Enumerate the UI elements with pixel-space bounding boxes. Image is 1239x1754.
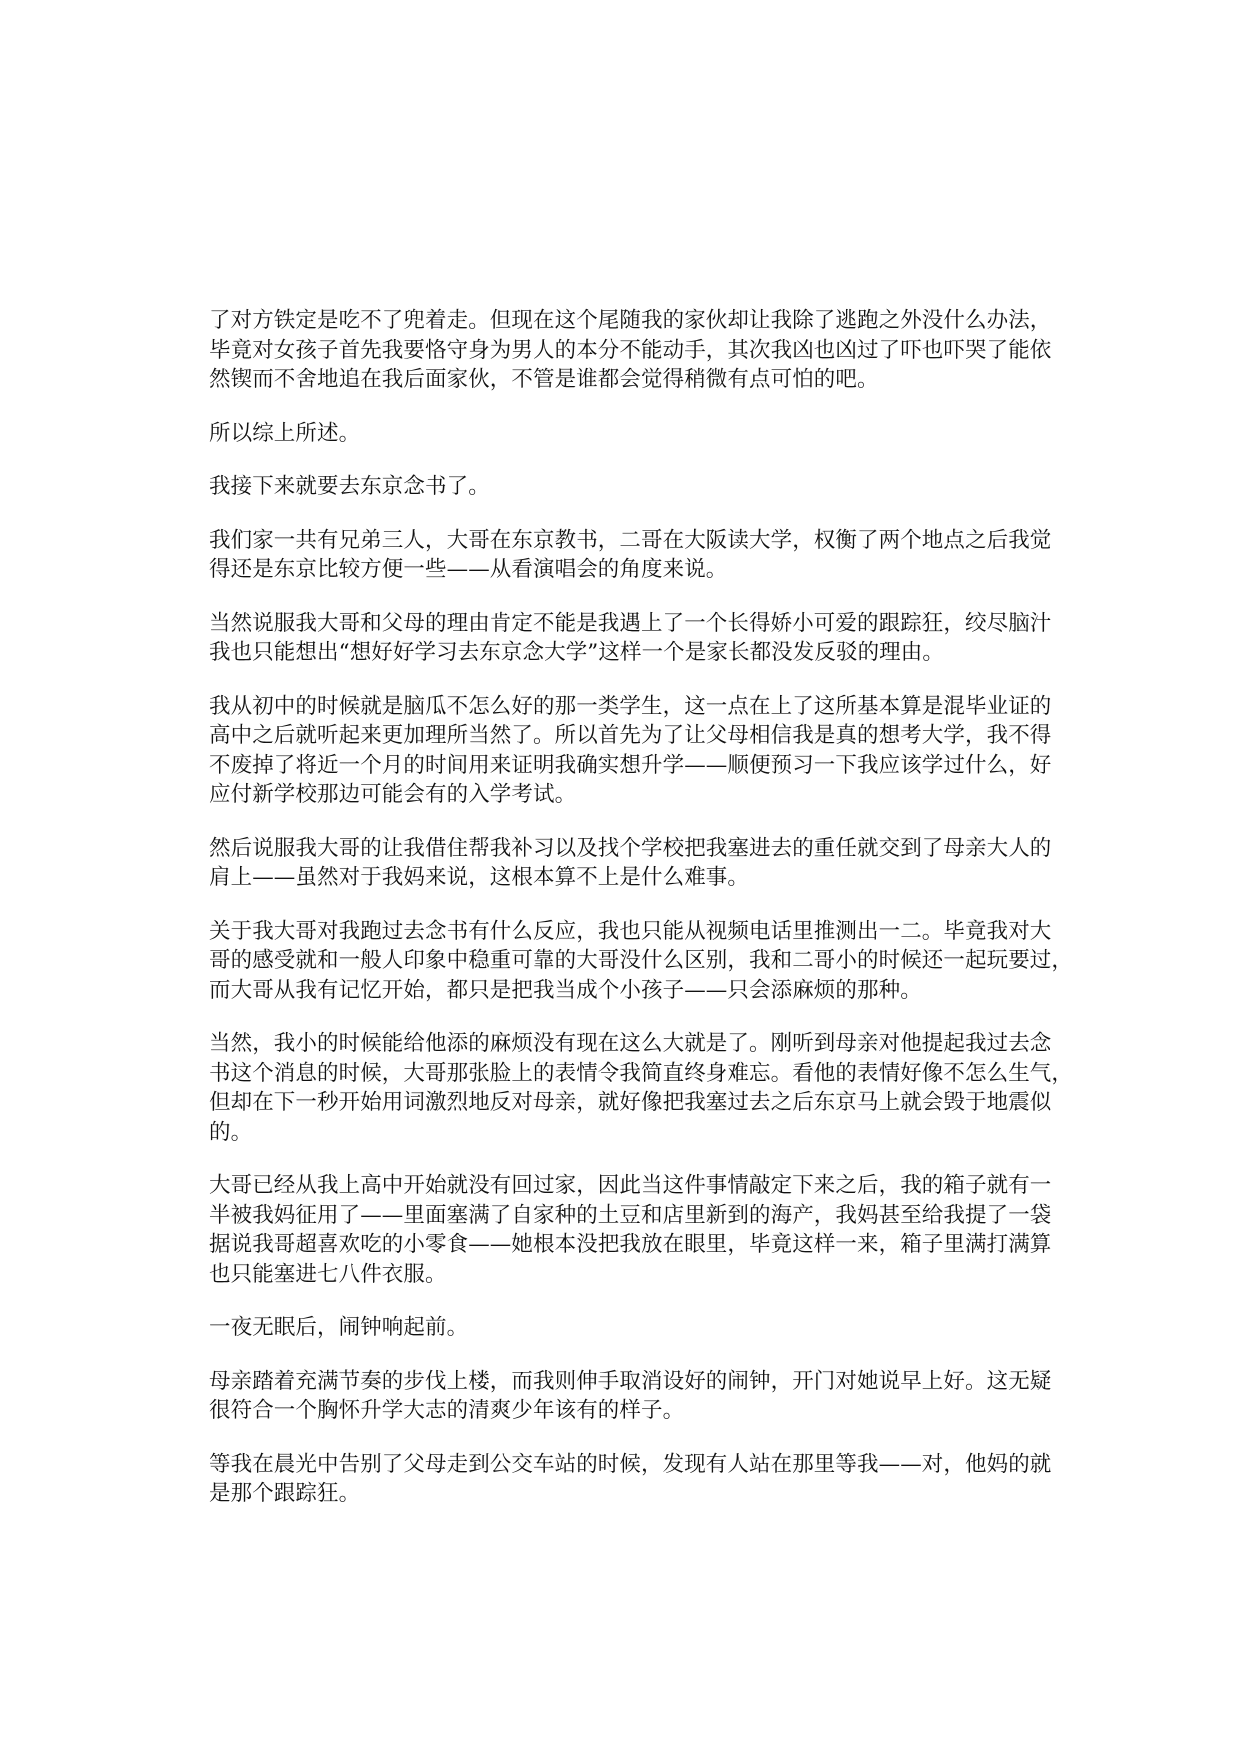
paragraph-6: 我从初中的时候就是脑瓜不怎么好的那一类学生，这一点在上了这所基本算是混毕业证的 … [209,692,1029,810]
paragraph-2: 所以综上所述。 [209,419,1029,449]
paragraph-7: 然后说服我大哥的让我借住帮我补习以及找个学校把我塞进去的重任就交到了母亲大人的 … [209,834,1029,893]
paragraph-4: 我们家一共有兄弟三人，大哥在东京教书，二哥在大阪读大学，权衡了两个地点之后我觉 … [209,526,1029,585]
text-line: 书这个消息的时候，大哥那张脸上的表情令我简直终身难忘。看他的表情好像不怎么生气， [209,1059,1029,1089]
text-line: 不废掉了将近一个月的时间用来证明我确实想升学——顺便预习一下我应该学过什么，好 [209,751,1029,781]
text-line: 毕竟对女孩子首先我要恪守身为男人的本分不能动手，其次我凶也凶过了吓也吓哭了能依 [209,336,1029,366]
text-line: 我从初中的时候就是脑瓜不怎么好的那一类学生，这一点在上了这所基本算是混毕业证的 [209,692,1029,722]
paragraph-13: 等我在晨光中告别了父母走到公交车站的时候，发现有人站在那里等我——对，他妈的就 … [209,1450,1029,1509]
text-line: 母亲踏着充满节奏的步伐上楼，而我则伸手取消设好的闹钟，开门对她说早上好。这无疑 [209,1367,1029,1397]
text-line: 当然，我小的时候能给他添的麻烦没有现在这么大就是了。刚听到母亲对他提起我过去念 [209,1029,1029,1059]
text-line: 据说我哥超喜欢吃的小零食——她根本没把我放在眼里，毕竟这样一来，箱子里满打满算 [209,1230,1029,1260]
text-line: 然后说服我大哥的让我借住帮我补习以及找个学校把我塞进去的重任就交到了母亲大人的 [209,834,1029,864]
text-line: 我也只能想出“想好好学习去东京念大学”这样一个是家长都没发反驳的理由。 [209,638,1029,668]
document-page: 了对方铁定是吃不了兜着走。但现在这个尾随我的家伙却让我除了逃跑之外没什么办法， … [209,306,1029,1533]
text-line: 所以综上所述。 [209,419,1029,449]
paragraph-1: 了对方铁定是吃不了兜着走。但现在这个尾随我的家伙却让我除了逃跑之外没什么办法， … [209,306,1029,395]
text-line: 等我在晨光中告别了父母走到公交车站的时候，发现有人站在那里等我——对，他妈的就 [209,1450,1029,1480]
text-line: 一夜无眠后，闹钟响起前。 [209,1313,1029,1343]
text-line: 了对方铁定是吃不了兜着走。但现在这个尾随我的家伙却让我除了逃跑之外没什么办法， [209,306,1029,336]
text-line: 大哥已经从我上高中开始就没有回过家，因此当这件事情敲定下来之后，我的箱子就有一 [209,1171,1029,1201]
text-line: 也只能塞进七八件衣服。 [209,1260,1029,1290]
text-line: 是那个跟踪狂。 [209,1479,1029,1509]
paragraph-10: 大哥已经从我上高中开始就没有回过家，因此当这件事情敲定下来之后，我的箱子就有一 … [209,1171,1029,1289]
paragraph-3: 我接下来就要去东京念书了。 [209,472,1029,502]
text-line: 关于我大哥对我跑过去念书有什么反应，我也只能从视频电话里推测出一二。毕竟我对大 [209,917,1029,947]
text-line: 很符合一个胸怀升学大志的清爽少年该有的样子。 [209,1396,1029,1426]
text-line: 应付新学校那边可能会有的入学考试。 [209,780,1029,810]
text-line: 高中之后就听起来更加理所当然了。所以首先为了让父母相信我是真的想考大学，我不得 [209,721,1029,751]
text-line: 我接下来就要去东京念书了。 [209,472,1029,502]
paragraph-11: 一夜无眠后，闹钟响起前。 [209,1313,1029,1343]
text-line: 半被我妈征用了——里面塞满了自家种的土豆和店里新到的海产，我妈甚至给我提了一袋 [209,1201,1029,1231]
text-line: 但却在下一秒开始用词激烈地反对母亲，就好像把我塞过去之后东京马上就会毁于地震似 [209,1088,1029,1118]
text-line: 得还是东京比较方便一些——从看演唱会的角度来说。 [209,555,1029,585]
text-line: 我们家一共有兄弟三人，大哥在东京教书，二哥在大阪读大学，权衡了两个地点之后我觉 [209,526,1029,556]
text-line: 当然说服我大哥和父母的理由肯定不能是我遇上了一个长得娇小可爱的跟踪狂，绞尽脑汁 [209,609,1029,639]
paragraph-8: 关于我大哥对我跑过去念书有什么反应，我也只能从视频电话里推测出一二。毕竟我对大 … [209,917,1029,1006]
paragraph-12: 母亲踏着充满节奏的步伐上楼，而我则伸手取消设好的闹钟，开门对她说早上好。这无疑 … [209,1367,1029,1426]
paragraph-9: 当然，我小的时候能给他添的麻烦没有现在这么大就是了。刚听到母亲对他提起我过去念 … [209,1029,1029,1147]
paragraph-5: 当然说服我大哥和父母的理由肯定不能是我遇上了一个长得娇小可爱的跟踪狂，绞尽脑汁 … [209,609,1029,668]
text-line: 而大哥从我有记忆开始，都只是把我当成个小孩子——只会添麻烦的那种。 [209,976,1029,1006]
text-line: 然锲而不舍地追在我后面家伙，不管是谁都会觉得稍微有点可怕的吧。 [209,365,1029,395]
text-line: 哥的感受就和一般人印象中稳重可靠的大哥没什么区别，我和二哥小的时候还一起玩要过， [209,946,1029,976]
text-line: 的。 [209,1118,1029,1148]
text-line: 肩上——虽然对于我妈来说，这根本算不上是什么难事。 [209,863,1029,893]
